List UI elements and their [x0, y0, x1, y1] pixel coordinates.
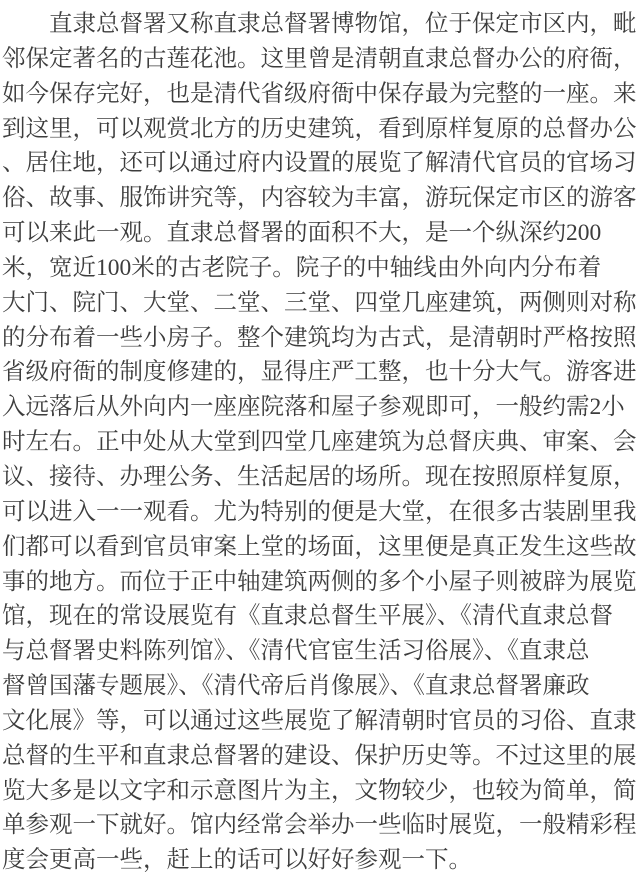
article-text: 直隶总督署又称直隶总督署博物馆，位于保定市区内，毗邻保定著名的古莲花池。这里曾是…: [0, 0, 640, 878]
text-line: 度会更高一些，赶上的话可以好好参观一下。: [2, 843, 638, 878]
text-line: 事的地方。而位于正中轴建筑两侧的多个小屋子则被辟为展览: [2, 565, 638, 600]
text-line: 俗、故事、服饰讲究等，内容较为丰富，游玩保定市区的游客: [2, 181, 638, 216]
text-line: 与总督署史料陈列馆》、《清代官宦生活习俗展》、《直隶总: [2, 634, 638, 669]
text-line: 如今保存完好，也是清代省级府衙中保存最为完整的一座。来: [2, 77, 638, 112]
text-line: 直隶总督署又称直隶总督署博物馆，位于保定市区内，毗: [2, 7, 638, 42]
text-line: 馆，现在的常设展览有《直隶总督生平展》、《清代直隶总督: [2, 599, 638, 634]
text-line: 议、接待、办理公务、生活起居的场所。现在按照原样复原，: [2, 460, 638, 495]
text-line: 大门、院门、大堂、二堂、三堂、四堂几座建筑，两侧则对称: [2, 286, 638, 321]
text-line: 邻保定著名的古莲花池。这里曾是清朝直隶总督办公的府衙，: [2, 42, 638, 77]
text-line: 时左右。正中处从大堂到四堂几座建筑为总督庆典、审案、会: [2, 425, 638, 460]
text-line: 到这里，可以观赏北方的历史建筑，看到原样复原的总督办公: [2, 112, 638, 147]
text-line: 省级府衙的制度修建的，显得庄严工整，也十分大气。游客进: [2, 355, 638, 390]
text-line: 单参观一下就好。馆内经常会举办一些临时展览，一般精彩程: [2, 808, 638, 843]
text-line: 的分布着一些小房子。整个建筑均为古式，是清朝时严格按照: [2, 321, 638, 356]
text-line: 总督的生平和直隶总督署的建设、保护历史等。不过这里的展: [2, 739, 638, 774]
text-line: 、居住地，还可以通过府内设置的展览了解清代官员的官场习: [2, 146, 638, 181]
text-line: 们都可以看到官员审案上堂的场面，这里便是真正发生这些故: [2, 530, 638, 565]
text-line: 入远落后从外向内一座座院落和屋子参观即可，一般约需2小: [2, 390, 638, 425]
text-line: 文化展》等，可以通过这些展览了解清朝时官员的习俗、直隶: [2, 704, 638, 739]
text-line: 览大多是以文字和示意图片为主，文物较少，也较为简单，简: [2, 774, 638, 809]
text-line: 米，宽近100米的古老院子。院子的中轴线由外向内分布着: [2, 251, 638, 286]
text-line: 可以来此一观。直隶总督署的面积不大，是一个纵深约200: [2, 216, 638, 251]
text-line: 可以进入一一观看。尤为特别的便是大堂，在很多古装剧里我: [2, 495, 638, 530]
text-line: 督曾国藩专题展》、《清代帝后肖像展》、《直隶总督署廉政: [2, 669, 638, 704]
document-page: 直隶总督署又称直隶总督署博物馆，位于保定市区内，毗邻保定著名的古莲花池。这里曾是…: [0, 0, 640, 887]
